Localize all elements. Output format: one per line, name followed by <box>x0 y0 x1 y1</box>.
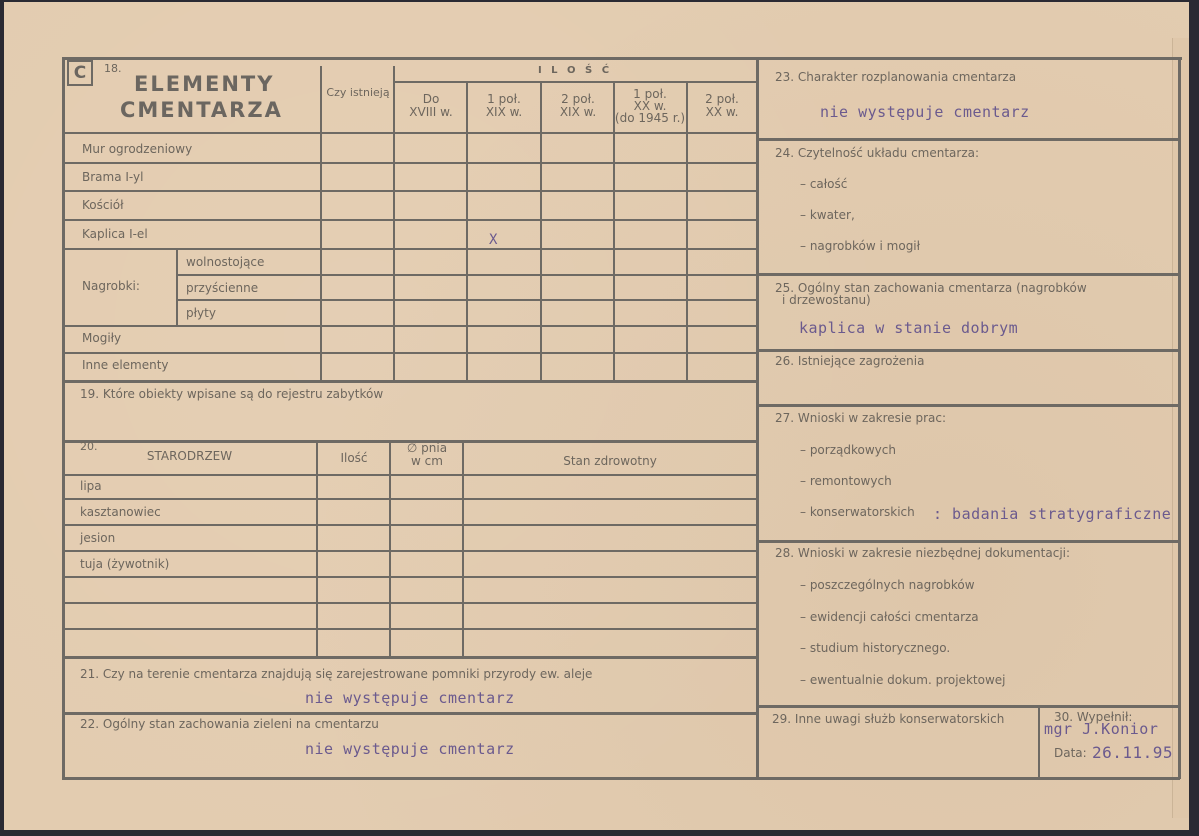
s20-col-line <box>389 440 391 656</box>
col-header-health: Stan zdrowotny <box>464 455 756 469</box>
s23-label: 23. Charakter rozplanowania cmentarza <box>775 71 1016 85</box>
period-header-0: Do XVIII w. <box>395 93 467 118</box>
s23-value[interactable]: nie występuje cmentarz <box>820 103 1030 121</box>
s25-value[interactable]: kaplica w stanie dobrym <box>799 319 1018 337</box>
row-label-nagrobki: Nagrobki: <box>82 280 140 294</box>
row-label-inne: Inne elementy <box>82 359 169 373</box>
col-header-exists-text: Czy istnieją <box>326 86 389 99</box>
s18-row-line <box>62 248 756 250</box>
s18-col-line <box>686 82 688 380</box>
s18-col-line <box>466 82 468 380</box>
s20-bottom <box>62 656 756 659</box>
s18-number: 18. <box>104 63 122 76</box>
s21-label: 21. Czy na terenie cmentarza znajdują si… <box>80 668 592 682</box>
s28-item-2: – studium historycznego. <box>800 642 950 656</box>
s23-bottom <box>756 138 1180 141</box>
period-header-2: 2 poł. XIX w. <box>542 93 614 118</box>
s19-label: 19. Które obiekty wpisane są do rejestru… <box>80 388 383 402</box>
period-line: (do 1945 r.) <box>614 112 686 124</box>
s18-header-bottom <box>62 132 756 134</box>
s18-row-line <box>62 219 756 221</box>
frame-bottom <box>62 777 1180 780</box>
period-header-3: 1 poł. XX w. (do 1945 r.) <box>614 88 686 124</box>
ilosc-divider <box>393 81 756 83</box>
s25-label: 25. Ogólny stan zachowania cmentarza (na… <box>775 282 1087 306</box>
s29-label: 29. Inne uwagi służb konserwatorskich <box>772 713 1004 727</box>
period-line: 1 poł. <box>468 93 540 106</box>
row-label-kaplica: Kaplica I-el <box>82 228 148 242</box>
column-divider <box>756 57 759 779</box>
s20-row-line <box>62 628 756 630</box>
s18-row-line <box>178 299 756 301</box>
period-header-1: 1 poł. XIX w. <box>468 93 540 118</box>
nagrobki-divider <box>176 248 178 325</box>
row-label-przyscienne: przyścienne <box>186 282 258 296</box>
s28-item-3: – ewentualnie dokum. projektowej <box>800 674 1005 688</box>
s18-bottom <box>62 380 756 383</box>
s27-item-porzadkowych: – porządkowych <box>800 444 896 458</box>
s18-col-line <box>540 82 542 380</box>
s20-row-line <box>62 550 756 552</box>
row-label-plyty: płyty <box>186 307 216 321</box>
s25-label-line2: i drzewostanu) <box>775 294 1087 306</box>
period-line: XVIII w. <box>395 106 467 119</box>
tree-tuja: tuja (żywotnik) <box>80 558 169 572</box>
s20-row-line <box>62 576 756 578</box>
s24-bottom <box>756 273 1180 276</box>
row-label-kosciol: Kościół <box>82 199 124 213</box>
tree-jesion: jesion <box>80 532 115 546</box>
s22-label: 22. Ogólny stan zachowania zieleni na cm… <box>80 718 379 732</box>
s30-filled-by[interactable]: mgr J.Konior <box>1044 720 1158 738</box>
s18-row-line <box>178 274 756 276</box>
period-line: XX w. <box>688 106 756 119</box>
frame-top <box>62 57 1182 60</box>
s20-row-line <box>62 602 756 604</box>
s20-title: STARODRZEW <box>62 450 317 464</box>
s18-col-line <box>613 82 615 380</box>
s20-col-line <box>316 440 318 656</box>
s28-item-0: – poszczególnych nagrobków <box>800 579 975 593</box>
frame-left <box>62 57 65 779</box>
s27-item-remontowych: – remontowych <box>800 475 892 489</box>
s24-label: 24. Czytelność układu cmentarza: <box>775 147 979 161</box>
s20-col-line <box>462 440 464 656</box>
s22-value[interactable]: nie występuje cmentarz <box>305 740 515 758</box>
s30-date-value[interactable]: 26.11.95 <box>1092 743 1173 762</box>
s27-konserwatorskich-value[interactable]: : badania stratygraficzne <box>933 505 1171 523</box>
period-line: XIX w. <box>542 106 614 119</box>
s18-row-line <box>62 190 756 192</box>
s26-bottom <box>756 404 1180 407</box>
tree-kasztanowiec: kasztanowiec <box>80 506 161 520</box>
col-header-diameter: ∅ pnia w cm <box>391 442 463 468</box>
s28-item-1: – ewidencji całości cmentarza <box>800 611 979 625</box>
s29-s30-divider <box>1038 705 1040 779</box>
s28-label: 28. Wnioski w zakresie niezbędnej dokume… <box>775 547 1070 561</box>
s18-row-line <box>62 325 756 327</box>
s20-row-line <box>62 524 756 526</box>
s27-bottom <box>756 540 1180 543</box>
s20-row-line <box>62 498 756 500</box>
s30-date-label: Data: <box>1054 747 1087 761</box>
s18-title-line1: ELEMENTY <box>134 73 274 95</box>
s21-value[interactable]: nie występuje cmentarz <box>305 689 515 707</box>
ilosc-header: I L O Ś Ć <box>395 65 755 77</box>
col-header-count: Ilość <box>318 452 390 466</box>
s20-header-bottom <box>62 474 756 476</box>
row-label-mur: Mur ogrodzeniowy <box>82 143 192 157</box>
diameter-line: w cm <box>391 455 463 468</box>
mark-kaplica-19c-first-half[interactable]: X <box>489 232 498 248</box>
s27-label: 27. Wnioski w zakresie prac: <box>775 412 946 426</box>
s26-label: 26. Istniejące zagrożenia <box>775 355 924 369</box>
period-line: Do <box>395 93 467 106</box>
period-header-4: 2 poł. XX w. <box>688 93 756 118</box>
s25-bottom <box>756 349 1180 352</box>
row-label-mogily: Mogiły <box>82 332 121 346</box>
period-line: XIX w. <box>468 106 540 119</box>
s18-title-line2: CMENTARZA <box>120 99 283 121</box>
s24-item-kwater: – kwater, <box>800 209 855 223</box>
tree-lipa: lipa <box>80 480 102 494</box>
s28-bottom <box>756 705 1180 708</box>
row-label-wolnostojace: wolnostojące <box>186 256 264 270</box>
s18-col-line <box>320 66 322 380</box>
period-line: 2 poł. <box>688 93 756 106</box>
s24-item-nagrobkow: – nagrobków i mogił <box>800 240 920 254</box>
col-header-exists: Czy istnieją <box>322 87 394 99</box>
row-label-brama: Brama I-yl <box>82 171 143 185</box>
s18-row-line <box>62 352 756 354</box>
period-line: 2 poł. <box>542 93 614 106</box>
s27-item-konserwatorskich: – konserwatorskich <box>800 506 915 520</box>
s24-item-calosc: – całość <box>800 178 847 192</box>
s21-bottom <box>62 712 756 715</box>
s18-row-line <box>62 162 756 164</box>
section-marker: C <box>67 60 93 86</box>
frame-right <box>1178 57 1181 779</box>
